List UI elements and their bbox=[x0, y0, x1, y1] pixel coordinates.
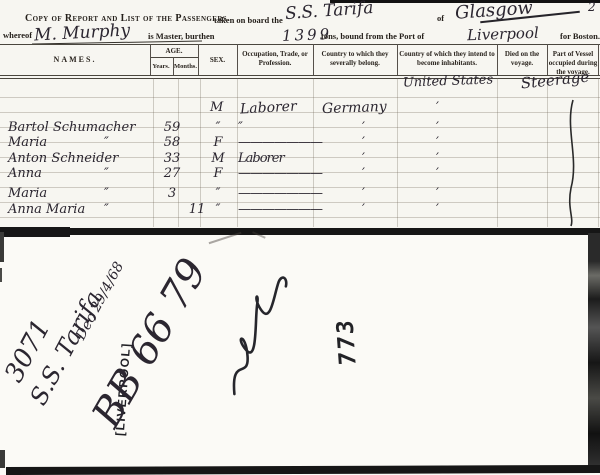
sex-entry: ″ bbox=[203, 120, 233, 135]
table-row: Anna ″ 27 F ——————— ′ ′ bbox=[0, 166, 600, 182]
fold-edge-top bbox=[0, 228, 600, 235]
age-years: 33 bbox=[158, 151, 186, 166]
occupation-entry: ——————— bbox=[238, 186, 322, 201]
country-ditto-mark: ′ bbox=[362, 202, 365, 217]
age-years: 58 bbox=[158, 135, 186, 150]
intend-ditto-mark: ′ bbox=[436, 186, 439, 201]
column-rule bbox=[237, 44, 238, 75]
sex-entry: ″ bbox=[203, 202, 233, 217]
table-row: Maria ″ 58 F ——————— ′ ′ bbox=[0, 135, 600, 151]
passenger-name: Maria bbox=[8, 135, 47, 150]
passenger-name: Anna bbox=[8, 166, 42, 181]
col-header-years: Years. bbox=[149, 63, 173, 71]
sex-entry: M bbox=[203, 151, 233, 166]
intend-ditto-mark: ′ bbox=[436, 120, 439, 135]
col-header-country-intend: Country of which they intend to become i… bbox=[399, 50, 495, 68]
carryover-sex: M bbox=[210, 100, 223, 115]
sex-entry: F bbox=[203, 166, 233, 181]
column-rule bbox=[397, 44, 398, 75]
passenger-name: Maria bbox=[8, 186, 47, 201]
edge-mark-left bbox=[0, 268, 2, 282]
bound-label: tons, bound from the Port of bbox=[321, 31, 424, 41]
col-header-country-belong: Country to which they severally belong. bbox=[317, 50, 393, 68]
name-ditto-mark: ″ bbox=[104, 135, 109, 150]
ship-name: S.S. Tarifa bbox=[284, 0, 374, 24]
edge-mark-left bbox=[0, 450, 5, 468]
occupation-entry: ——————— bbox=[238, 202, 322, 217]
country-ditto-mark: ′ bbox=[362, 135, 365, 150]
fold-edge-right bbox=[588, 233, 600, 469]
master-label: is Master, burthen bbox=[148, 31, 215, 41]
destination-label: for Boston. bbox=[560, 31, 600, 41]
table-row: Bartol Schumacher 59 ″ ″ ′ ′ bbox=[0, 120, 600, 136]
col-header-occupation: Occupation, Trade, or Profession. bbox=[239, 50, 311, 68]
occupation-entry: Laborer bbox=[238, 151, 284, 166]
carryover-occupation: Laborer bbox=[240, 99, 297, 118]
column-rule bbox=[313, 44, 314, 75]
age-years: 27 bbox=[158, 166, 186, 181]
age-box-mid-rule bbox=[150, 57, 198, 58]
intend-ditto-mark: ′ bbox=[436, 202, 439, 217]
sex-entry: ″ bbox=[203, 186, 233, 201]
intend-ditto-mark: ′ bbox=[436, 100, 439, 115]
header-double-rule-2 bbox=[0, 78, 600, 79]
intend-ditto-mark: ′ bbox=[436, 151, 439, 166]
intend-ditto-mark: ′ bbox=[436, 135, 439, 150]
table-row: Anna Maria ″ 11 ″ ——————— ′ ′ bbox=[0, 202, 600, 218]
country-ditto-mark: ′ bbox=[362, 186, 365, 201]
column-rule bbox=[598, 44, 599, 75]
country-ditto-mark: ′ bbox=[362, 166, 365, 181]
fold-edge-top-left bbox=[0, 227, 70, 237]
col-header-died: Died on the voyage. bbox=[498, 50, 546, 68]
col-header-months: Months. bbox=[173, 63, 198, 71]
occupation-entry: ——————— bbox=[238, 135, 322, 150]
country-ditto-mark: ′ bbox=[362, 120, 365, 135]
of-label: of bbox=[437, 13, 444, 23]
col-header-age: Age. bbox=[150, 47, 198, 56]
col-header-sex: Sex. bbox=[198, 56, 237, 65]
departure-port: Liverpool bbox=[467, 24, 539, 44]
col-header-names: Names. bbox=[30, 55, 120, 65]
table-row: Maria ″ 3 ″ ——————— ′ ′ bbox=[0, 186, 600, 202]
passenger-name: Anton Schneider bbox=[8, 151, 118, 166]
carryover-row: M Laborer Germany ′ bbox=[0, 100, 600, 116]
edge-mark-left bbox=[0, 232, 4, 262]
carryover-country: Germany bbox=[322, 99, 387, 117]
fold-edge-bottom bbox=[6, 465, 600, 475]
age-years: 59 bbox=[158, 120, 186, 135]
scanned-passenger-manifest: 2 Copy of Report and List of the Passeng… bbox=[0, 0, 600, 475]
manifest-front: 2 Copy of Report and List of the Passeng… bbox=[0, 0, 600, 228]
name-ditto-mark: ″ bbox=[104, 202, 109, 217]
table-row: Anton Schneider 33 M Laborer ′ ′ bbox=[0, 151, 600, 167]
age-years: 3 bbox=[158, 186, 186, 201]
form-title-mid: taken on board the bbox=[214, 15, 283, 25]
table-top-rule bbox=[0, 44, 600, 45]
passenger-name: Bartol Schumacher bbox=[8, 120, 135, 135]
header-double-rule-1 bbox=[0, 75, 600, 76]
stamp-number: 773 bbox=[331, 307, 362, 378]
passenger-name: Anna Maria bbox=[8, 202, 85, 217]
manifest-back: 3071 S.S. Tarifa Dec 29/4/68 [LIVERPOOL]… bbox=[0, 228, 600, 475]
handwritten-scribble bbox=[201, 268, 321, 403]
intend-ditto-mark: ′ bbox=[436, 166, 439, 181]
occupation-entry: ″ bbox=[238, 120, 242, 135]
occupation-entry: ——————— bbox=[238, 166, 322, 181]
whereof-label: whereof bbox=[3, 30, 32, 40]
name-ditto-mark: ″ bbox=[104, 186, 109, 201]
page-number: 2 bbox=[588, 0, 596, 14]
name-ditto-mark: ″ bbox=[104, 166, 109, 181]
country-ditto-mark: ′ bbox=[362, 151, 365, 166]
sex-entry: F bbox=[203, 135, 233, 150]
